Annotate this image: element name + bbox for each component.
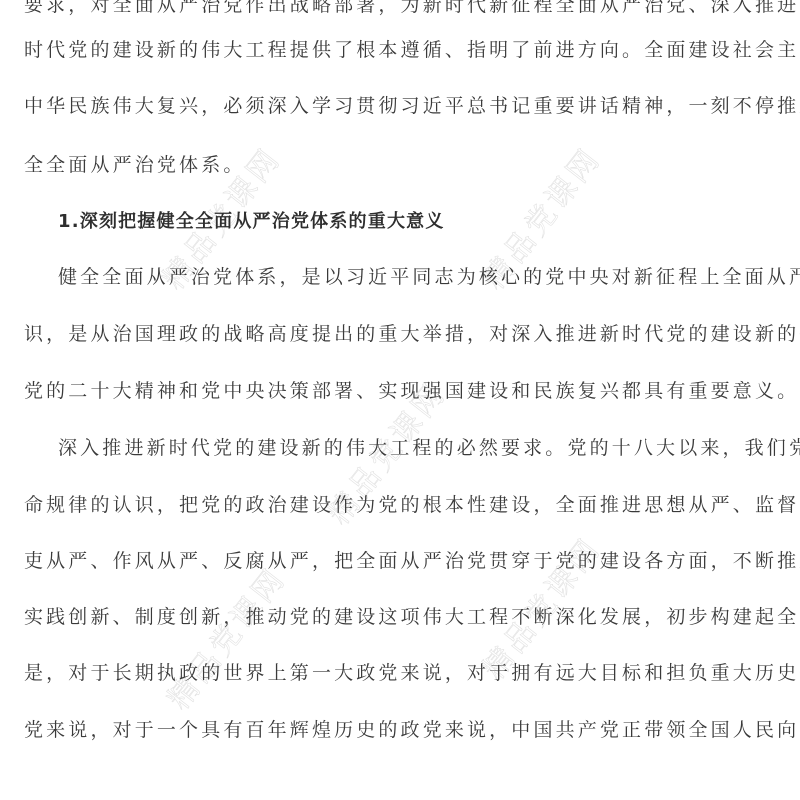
document-page: 精品党课网精品党课网精品党课网精品党课网精品党课网 要求，对全面从严治党作出战略…	[0, 0, 800, 800]
paragraph-line: 深入推进新时代党的建设新的伟大工程的必然要求。党的十八大以来，我们党不断深化对自…	[58, 436, 800, 460]
paragraph-line: 识，是从治国理政的战略高度提出的重大举措，对深入推进新时代党的建设新的伟大工程、…	[24, 322, 800, 346]
paragraph-line: 中华民族伟大复兴，必须深入学习贯彻习近平总书记重要讲话精神，一刻不停推进全面从严…	[24, 94, 800, 118]
paragraph-line: 党来说，对于一个具有百年辉煌历史的政党来说，中国共产党正带领全国人民向第二个百年…	[24, 718, 800, 742]
paragraph-line: 实践创新、制度创新，推动党的建设这项伟大工程不断深化发展，初步构建起全面从严治党…	[24, 605, 800, 629]
section-heading: 1.深刻把握健全全面从严治党体系的重大意义	[58, 210, 445, 234]
watermark-text: 精品党课网	[155, 556, 294, 717]
paragraph-line: 全全面从严治党体系。	[24, 153, 246, 177]
paragraph-line: 党的二十大精神和党中央决策部署、实现强国建设和民族复兴都具有重要意义。	[24, 379, 799, 403]
paragraph-line: 要求，对全面从严治党作出战略部署，为新时代新征程全面从严治党、深入推进新	[24, 0, 800, 17]
paragraph-line: 命规律的认识，把党的政治建设作为党的根本性建设，全面推进思想从严、监督从严、执纪…	[24, 493, 800, 517]
paragraph-line: 是，对于长期执政的世界上第一大政党来说，对于拥有远大目标和担负重大历史使命的马克…	[24, 661, 800, 685]
paragraph-line: 吏从严、作风从严、反腐从严，把全面从严治党贯穿于党的建设各方面，不断推进党的建设…	[24, 549, 800, 573]
paragraph-line: 时代党的建设新的伟大工程提供了根本遵循、指明了前进方向。全面建设社会主义现代化国…	[24, 38, 800, 62]
paragraph-line: 健全全面从严治党体系，是以习近平同志为核心的党中央对新征程上全面从严治党的规律性…	[58, 265, 800, 289]
